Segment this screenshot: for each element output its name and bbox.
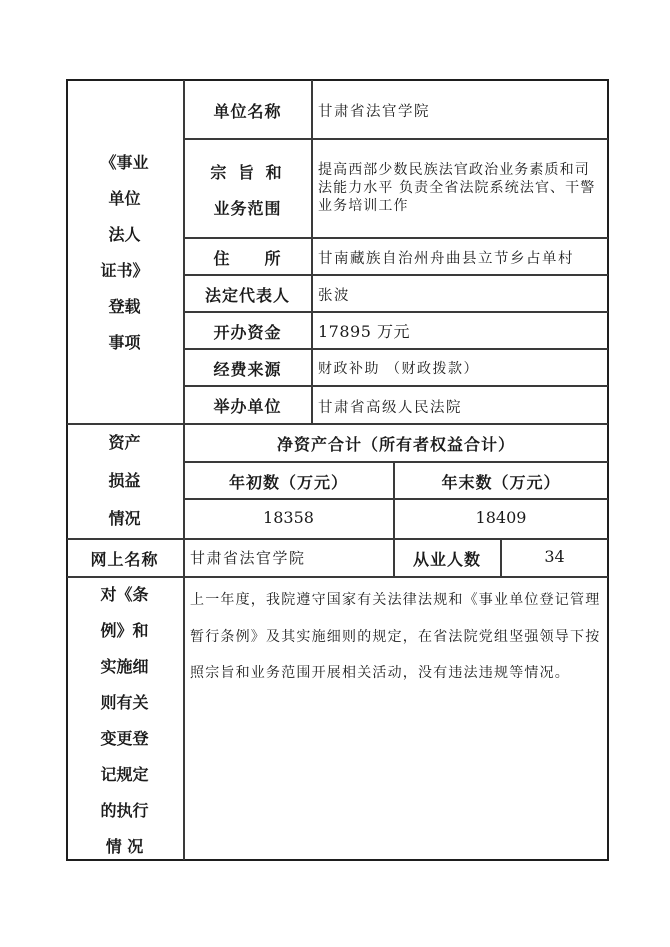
label-line: 《事业 — [66, 145, 183, 181]
label-line: 资产 — [66, 424, 183, 462]
row-line — [183, 498, 608, 500]
field-value-address: 甘南藏族自治州舟曲县立节乡占单村 — [318, 247, 574, 268]
label-line: 登载 — [66, 289, 183, 325]
label-line: 变更登 — [66, 721, 183, 757]
field-label-funding-source: 经费来源 — [184, 357, 311, 380]
staff-count-label: 从业人数 — [394, 547, 500, 570]
label-line: 实施细 — [66, 649, 183, 685]
field-value-funding-source: 财政补助 （财政拨款） — [318, 358, 479, 378]
label-line: 单位 — [66, 181, 183, 217]
label-line: 则有关 — [66, 685, 183, 721]
row-line — [183, 274, 608, 276]
field-value-sponsor: 甘肃省高级人民法院 — [318, 396, 462, 417]
compliance-section-label: 对《条 例》和 实施细 则有关 变更登 记规定 的执行 情 况 — [66, 577, 183, 865]
label-line: 事项 — [66, 325, 183, 361]
field-label-purpose-line1: 宗 旨 和 — [184, 160, 311, 183]
year-end-header: 年末数（万元） — [394, 470, 608, 493]
label-line: 的执行 — [66, 793, 183, 829]
field-value-legal-rep: 张波 — [318, 284, 350, 305]
label-line: 例》和 — [66, 613, 183, 649]
field-label-unit-name: 单位名称 — [184, 99, 311, 122]
field-label-sponsor: 举办单位 — [184, 394, 311, 417]
label-line: 对《条 — [66, 577, 183, 613]
year-start-header: 年初数（万元） — [184, 470, 393, 493]
compliance-text: 上一年度，我院遵守国家有关法律法规和《事业单位登记管理暂行条例》及其实施细则的规… — [190, 582, 604, 692]
assets-section-label: 资产 损益 情况 — [66, 424, 183, 538]
year-start-value: 18358 — [184, 508, 393, 527]
label-line: 损益 — [66, 462, 183, 500]
row-line — [183, 237, 608, 239]
label-line: 情 况 — [66, 829, 183, 865]
row-line — [183, 348, 608, 350]
field-value-purpose: 提高西部少数民族法官政治业务素质和司法能力水平 负责全省法院系统法官、干警业务培… — [318, 161, 604, 215]
registration-section-label: 《事业 单位 法人 证书》 登载 事项 — [66, 145, 183, 361]
online-name-value: 甘肃省法官学院 — [190, 547, 306, 568]
staff-count-value: 34 — [501, 547, 608, 566]
divider-col-2-top — [311, 80, 313, 423]
row-line — [183, 311, 608, 313]
row-line — [183, 461, 608, 463]
online-name-label: 网上名称 — [66, 547, 183, 570]
row-line — [183, 138, 608, 140]
field-label-capital: 开办资金 — [184, 320, 311, 343]
row-line — [183, 385, 608, 387]
label-line: 情况 — [66, 500, 183, 538]
label-line: 证书》 — [66, 253, 183, 289]
field-value-capital: 17895 万元 — [318, 319, 410, 342]
field-label-address: 住 所 — [184, 246, 311, 269]
field-value-unit-name: 甘肃省法官学院 — [318, 100, 430, 121]
net-assets-header: 净资产合计（所有者权益合计） — [184, 432, 608, 455]
field-label-purpose-line2: 业务范围 — [184, 196, 311, 219]
year-end-value: 18409 — [394, 508, 608, 527]
label-line: 法人 — [66, 217, 183, 253]
label-line: 记规定 — [66, 757, 183, 793]
row-line — [67, 538, 608, 540]
field-label-legal-rep: 法定代表人 — [184, 283, 311, 306]
